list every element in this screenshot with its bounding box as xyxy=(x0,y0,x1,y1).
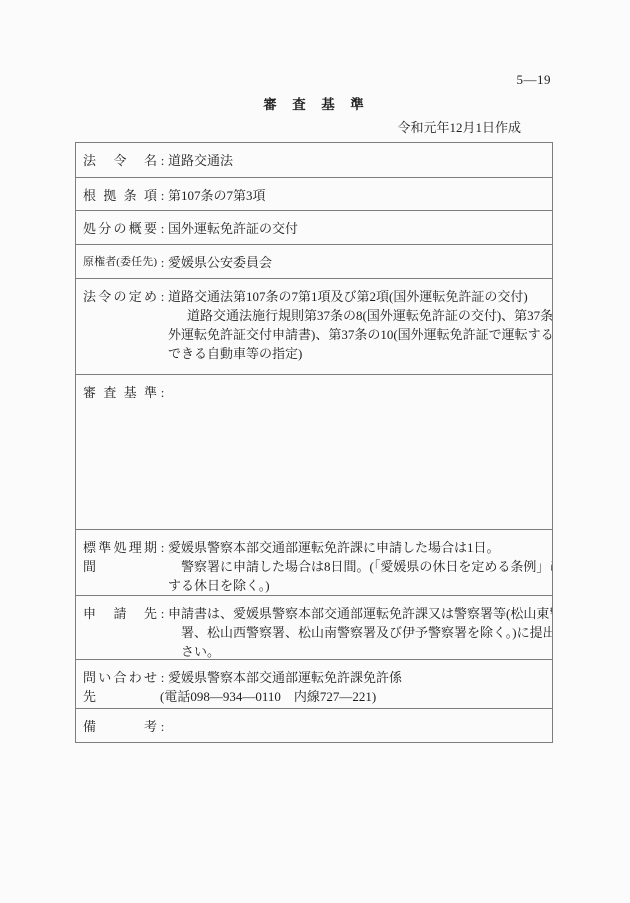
value-line: 警察署に申請した場合は8日間。(「愛媛県の休日を定める条例」に規定 xyxy=(168,557,547,576)
value-line: できる自動車等の指定) xyxy=(168,344,547,363)
row-label: 法令名 xyxy=(83,151,157,170)
label-colon: : xyxy=(157,604,168,623)
row-label: 審査基準 xyxy=(83,383,157,402)
value-line: 国外運転免許証の交付 xyxy=(168,219,547,238)
criteria-table: 法令名 : 道路交通法 根拠条項 : 第107条の7第3項 処分の概要 : 国外… xyxy=(75,142,553,743)
row-label: 申請先 xyxy=(83,604,157,623)
row-label: 標準処理期間 xyxy=(83,538,157,576)
row-value: 愛媛県警察本部交通部運転免許課に申請した場合は1日。 警察署に申請した場合は8日… xyxy=(168,538,547,595)
row-value: 道路交通法 xyxy=(168,151,547,170)
table-row-law-name: 法令名 : 道路交通法 xyxy=(76,143,552,177)
document-title: 審 査 基 準 xyxy=(75,93,553,113)
row-label: 備考 xyxy=(83,717,157,736)
value-line: 道路交通法第107条の7第1項及び第2項(国外運転免許証の交付) xyxy=(168,287,547,306)
value-line: (電話098―934―0110 内線727―221) xyxy=(160,687,547,706)
label-colon: : xyxy=(157,668,168,687)
table-row-legal-basis: 根拠条項 : 第107条の7第3項 xyxy=(76,177,552,210)
value-line: さい。 xyxy=(168,642,547,659)
row-value: 第107条の7第3項 xyxy=(168,186,547,205)
document-page: 5—19 審 査 基 準 令和元年12月1日作成 法令名 : 道路交通法 根拠条… xyxy=(0,0,630,903)
value-line: 外運転免許証交付申請書)、第37条の10(国外運転免許証で運転することが xyxy=(168,325,547,344)
table-row-processing-period: 標準処理期間 : 愛媛県警察本部交通部運転免許課に申請した場合は1日。 警察署に… xyxy=(76,529,552,595)
label-colon: : xyxy=(157,383,168,402)
value-line: 愛媛県警察本部交通部運転免許課に申請した場合は1日。 xyxy=(168,538,547,557)
label-colon: : xyxy=(157,287,168,306)
row-value: 愛媛県公安委員会 xyxy=(168,253,547,272)
table-row-delegating-authority: 原権者(委任先) : 愛媛県公安委員会 xyxy=(76,244,552,278)
table-row-remarks: 備考 : xyxy=(76,708,552,742)
value-line: 愛媛県警察本部交通部運転免許課免許係 xyxy=(168,668,547,687)
row-value: 愛媛県警察本部交通部運転免許課免許係 (電話098―934―0110 内線727… xyxy=(168,668,547,706)
table-row-disposition-summary: 処分の概要 : 国外運転免許証の交付 xyxy=(76,210,552,244)
row-value: 申請書は、愛媛県警察本部交通部運転免許課又は警察署等(松山東警察 署、松山西警察… xyxy=(168,604,547,659)
row-label: 根拠条項 xyxy=(83,186,157,205)
label-colon: : xyxy=(157,186,168,205)
value-line: 第107条の7第3項 xyxy=(168,186,547,205)
row-label: 問い合わせ先 xyxy=(83,668,157,706)
value-line: 署、松山西警察署、松山南警察署及び伊予警察署を除く。)に提出して下 xyxy=(168,623,547,642)
value-line: 申請書は、愛媛県警察本部交通部運転免許課又は警察署等(松山東警察 xyxy=(168,604,547,623)
label-colon: : xyxy=(157,538,168,557)
label-colon: : xyxy=(157,219,168,238)
value-line: する休日を除く。) xyxy=(168,576,547,595)
creation-date: 令和元年12月1日作成 xyxy=(75,117,553,136)
page-number: 5—19 xyxy=(75,72,553,88)
value-line: 道路交通法施行規則第37条の8(国外運転免許証の交付)、第37条の9(国 xyxy=(168,306,547,325)
value-line: 道路交通法 xyxy=(168,151,547,170)
label-colon: : xyxy=(157,151,168,170)
row-label: 原権者(委任先) xyxy=(83,253,157,272)
row-value: 道路交通法第107条の7第1項及び第2項(国外運転免許証の交付) 道路交通法施行… xyxy=(168,287,547,363)
table-row-legal-provisions: 法令の定め : 道路交通法第107条の7第1項及び第2項(国外運転免許証の交付)… xyxy=(76,278,552,374)
row-label: 法令の定め xyxy=(83,287,157,306)
row-label: 処分の概要 xyxy=(83,219,157,238)
table-row-contact: 問い合わせ先 : 愛媛県警察本部交通部運転免許課免許係 (電話098―934―0… xyxy=(76,659,552,708)
label-colon: : xyxy=(157,717,168,736)
label-colon: : xyxy=(157,253,168,272)
document-header: 5—19 審 査 基 準 令和元年12月1日作成 xyxy=(75,72,553,136)
row-value: 国外運転免許証の交付 xyxy=(168,219,547,238)
table-row-submission-destination: 申請先 : 申請書は、愛媛県警察本部交通部運転免許課又は警察署等(松山東警察 署… xyxy=(76,595,552,659)
value-line: 愛媛県公安委員会 xyxy=(168,253,547,272)
table-row-review-criteria: 審査基準 : xyxy=(76,374,552,529)
